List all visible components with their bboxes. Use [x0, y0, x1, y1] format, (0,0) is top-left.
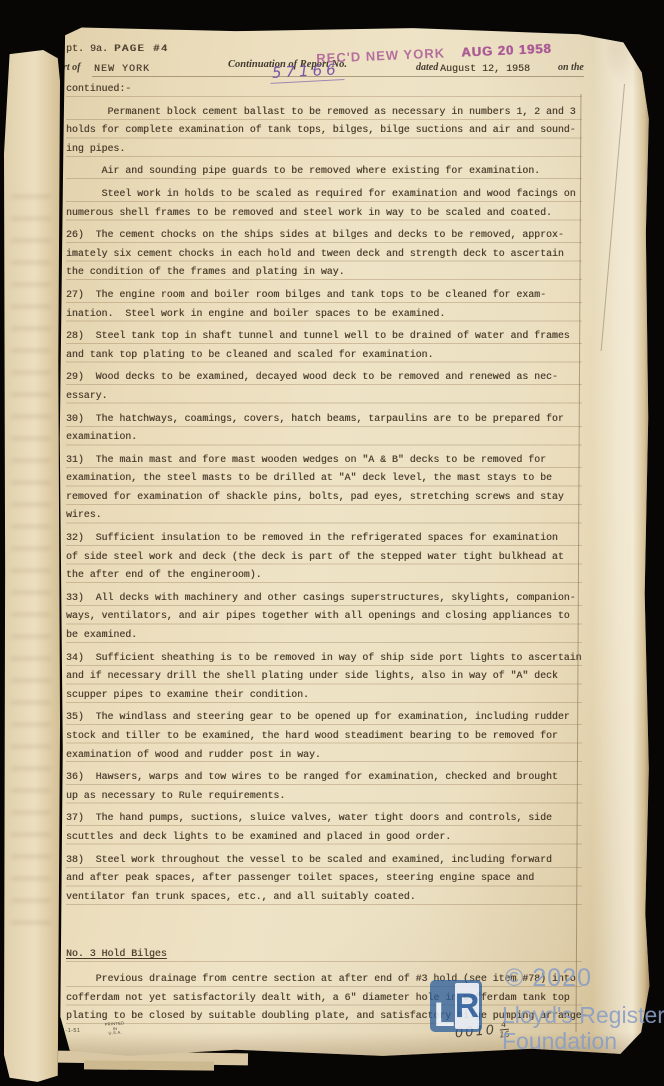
typed-paragraph: 31) The main mast and fore mast wooden w… — [66, 451, 582, 525]
typed-paragraph: 33) All decks with machinery and other c… — [66, 589, 582, 645]
typed-paragraph: continued:- — [66, 80, 582, 99]
page-number-label: PAGE #4 — [114, 43, 169, 55]
watermark-org-name: Foundation — [502, 1028, 617, 1055]
watermark-copyright: © 2020 — [505, 964, 592, 993]
typed-paragraph: 27) The engine room and boiler room bilg… — [66, 286, 582, 323]
lloyds-register-logo-icon: L R — [430, 980, 482, 1032]
typed-paragraph: 30) The hatchways, coamings, covers, hat… — [66, 410, 582, 447]
typed-paragraph: 26) The cement chocks on the ships sides… — [66, 226, 582, 282]
on-the-label: on the — [558, 62, 584, 73]
typed-paragraph: No. 3 Hold Bilges — [66, 945, 582, 964]
typed-paragraph: 35) The windlass and steering gear to be… — [66, 708, 582, 764]
typed-paragraph: 36) Hawsers, warps and tow wires to be r… — [66, 768, 582, 805]
previous-page-edge — [4, 50, 60, 1086]
typed-paragraph: Steel work in holds to be scaled as requ… — [66, 185, 582, 222]
report-date: August 12, 1958 — [440, 64, 530, 75]
port-value: NEW YORK — [94, 64, 150, 75]
stamp-date-text: AUG 20 1958 — [461, 41, 552, 60]
typed-paragraph: Air and sounding pipe guards to be remov… — [66, 162, 582, 181]
logo-letter-r: R — [455, 983, 480, 1029]
typed-paragraph: Permanent block cement ballast to be rem… — [66, 103, 582, 159]
form-reference: pt. 9a. — [66, 44, 108, 55]
typed-paragraph: 37) The hand pumps, suctions, sluice val… — [66, 809, 582, 846]
photo-background: { "header": { "form_ref": "pt. 9a.", "pa… — [0, 0, 664, 1086]
page-curl-edge — [592, 26, 650, 1058]
page-stack-edge — [84, 1060, 214, 1070]
form-print-code: 1-1-51 — [62, 1028, 80, 1034]
typed-paragraph: 29) Wood decks to be examined, decayed w… — [66, 368, 582, 405]
watermark-org-name: Lloyd's Register — [502, 1002, 664, 1029]
logo-letter-l: L — [430, 980, 455, 1032]
printed-in-usa-stamp: PRINTED IN U.S.A. — [102, 1021, 127, 1039]
port-of-label: ort of — [58, 62, 81, 73]
typed-paragraph: 38) Steel work throughout the vessel to … — [66, 851, 582, 907]
dated-label: dated — [416, 62, 438, 73]
document-page: pt. 9a. PAGE #4 ort of NEW YORK Continua… — [58, 26, 650, 1058]
typed-paragraph: 28) Steel tank top in shaft tunnel and t… — [66, 327, 582, 364]
ink-bleed-through — [11, 195, 50, 941]
printed-stamp-line: U.S.A. — [103, 1030, 127, 1036]
typed-body: continued:- Permanent block cement balla… — [66, 80, 582, 1026]
typed-paragraph: 34) Sufficient sheathing is to be remove… — [66, 649, 582, 705]
typed-paragraph: 32) Sufficient insulation to be removed … — [66, 529, 582, 585]
